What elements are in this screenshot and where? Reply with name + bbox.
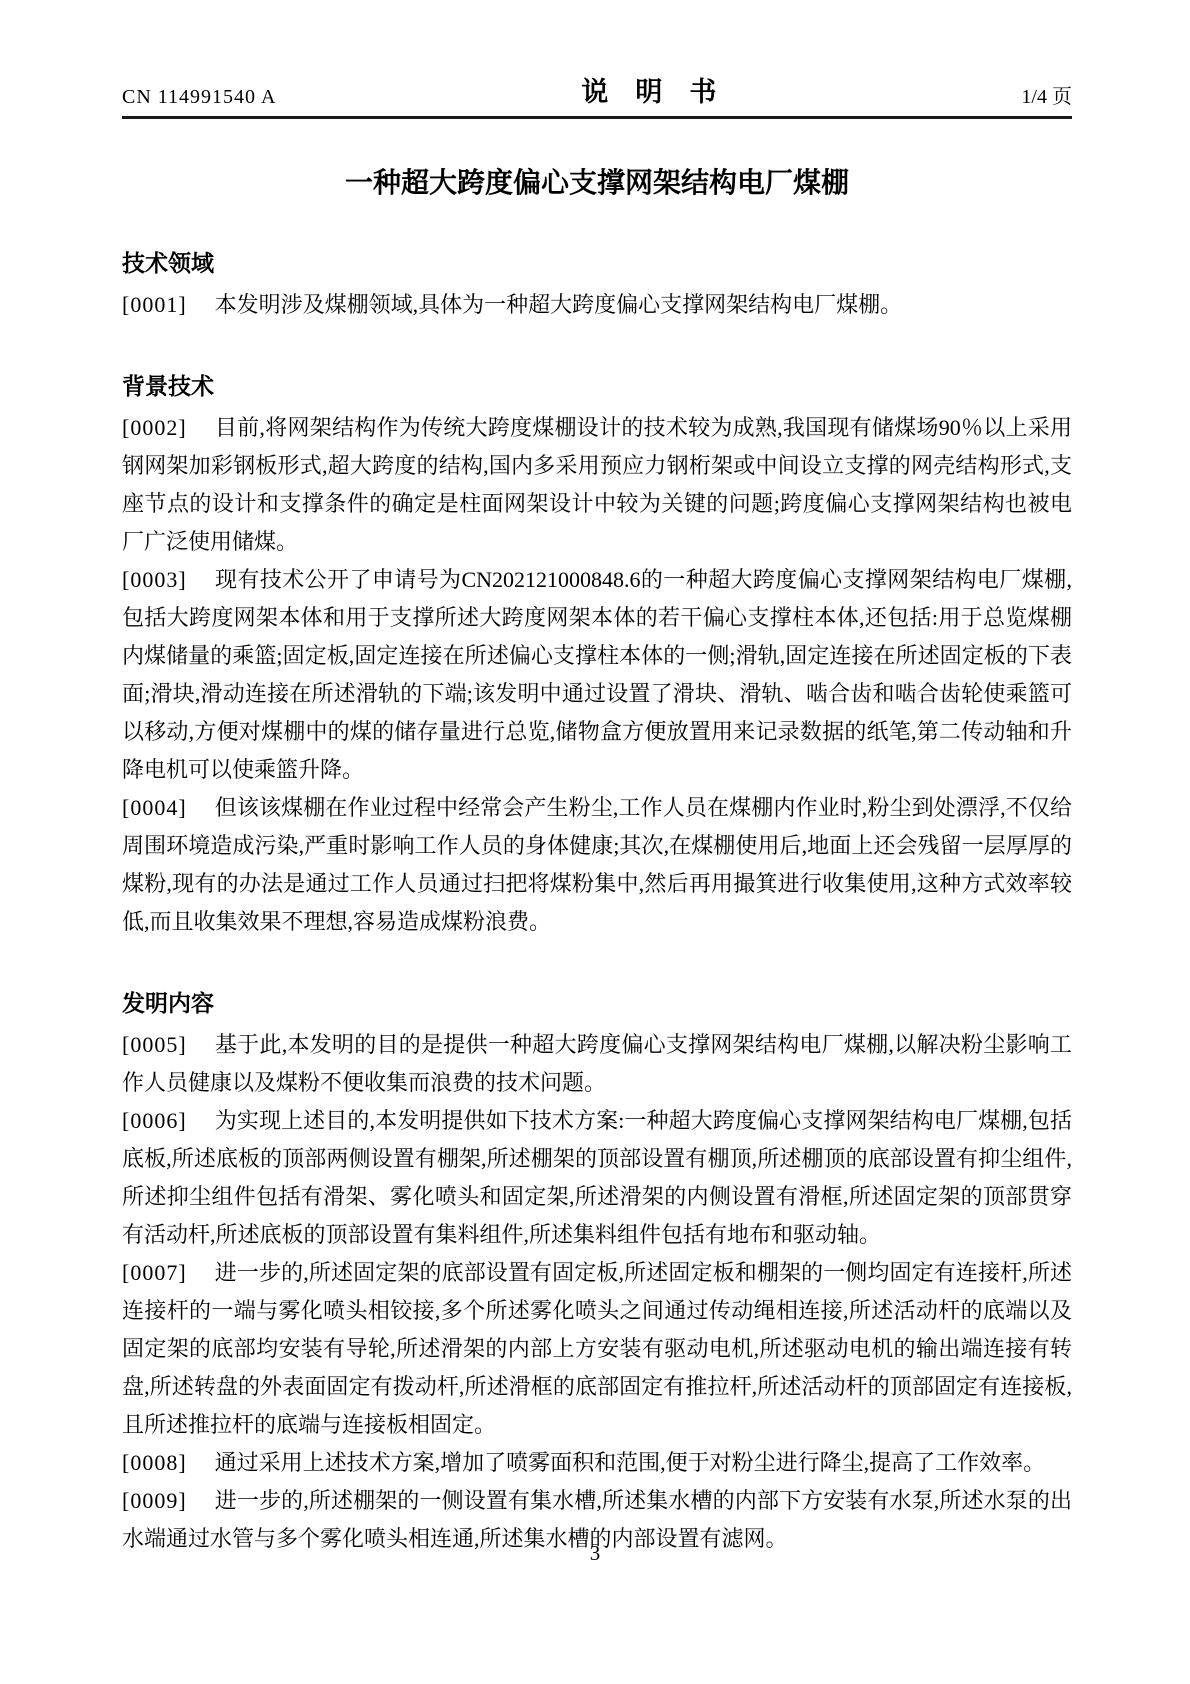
section-heading: 发明内容 xyxy=(122,985,1072,1018)
paragraph-text: 但该该煤棚在作业过程中经常会产生粉尘,工作人员在煤棚内作业时,粉尘到处漂浮,不仅… xyxy=(122,795,1072,934)
paragraph-text: 现有技术公开了申请号为CN202121000848.6的一种超大跨度偏心支撑网架… xyxy=(122,567,1072,782)
sheet-indicator: 1/4 页 xyxy=(1021,80,1072,109)
paragraph-text: 基于此,本发明的目的是提供一种超大跨度偏心支撑网架结构电厂煤棚,以解决粉尘影响工… xyxy=(122,1032,1072,1095)
page-header: CN 114991540 A 说 明 书 1/4 页 xyxy=(122,0,1072,119)
paragraph-0005: [0005]基于此,本发明的目的是提供一种超大跨度偏心支撑网架结构电厂煤棚,以解… xyxy=(122,1026,1072,1102)
paragraph-number: [0009] xyxy=(122,1482,187,1520)
paragraph-number: [0008] xyxy=(122,1444,187,1482)
section-heading: 技术领域 xyxy=(122,245,1072,278)
section-heading: 背景技术 xyxy=(122,368,1072,401)
paragraph-number: [0001] xyxy=(122,286,187,324)
paragraph-0004: [0004]但该该煤棚在作业过程中经常会产生粉尘,工作人员在煤棚内作业时,粉尘到… xyxy=(122,789,1072,941)
paragraph-number: [0007] xyxy=(122,1254,187,1292)
paragraph-number: [0002] xyxy=(122,409,187,447)
paragraph-text: 通过采用上述技术方案,增加了喷雾面积和范围,便于对粉尘进行降尘,提高了工作效率。 xyxy=(215,1450,1046,1475)
page-content: CN 114991540 A 说 明 书 1/4 页 一种超大跨度偏心支撑网架结… xyxy=(0,0,1190,1558)
paragraph-0001: [0001]本发明涉及煤棚领域,具体为一种超大跨度偏心支撑网架结构电厂煤棚。 xyxy=(122,286,1072,324)
patent-specification-page: CN 114991540 A 说 明 书 1/4 页 一种超大跨度偏心支撑网架结… xyxy=(0,0,1190,1684)
paragraph-0002: [0002]目前,将网架结构作为传统大跨度煤棚设计的技术较为成熟,我国现有储煤场… xyxy=(122,409,1072,561)
paragraph-0003: [0003]现有技术公开了申请号为CN202121000848.6的一种超大跨度… xyxy=(122,561,1072,789)
paragraph-number: [0004] xyxy=(122,789,187,827)
section-summary-of-invention: 发明内容 [0005]基于此,本发明的目的是提供一种超大跨度偏心支撑网架结构电厂… xyxy=(122,985,1072,1558)
document-type-title: 说 明 书 xyxy=(581,70,716,109)
page-number: 3 xyxy=(0,1541,1190,1566)
paragraph-number: [0005] xyxy=(122,1026,187,1064)
section-technical-field: 技术领域 [0001]本发明涉及煤棚领域,具体为一种超大跨度偏心支撑网架结构电厂… xyxy=(122,245,1072,324)
paragraph-0006: [0006]为实现上述目的,本发明提供如下技术方案:一种超大跨度偏心支撑网架结构… xyxy=(122,1102,1072,1254)
paragraph-text: 本发明涉及煤棚领域,具体为一种超大跨度偏心支撑网架结构电厂煤棚。 xyxy=(215,292,903,317)
paragraph-number: [0006] xyxy=(122,1102,187,1140)
paragraph-number: [0003] xyxy=(122,561,187,599)
paragraph-text: 为实现上述目的,本发明提供如下技术方案:一种超大跨度偏心支撑网架结构电厂煤棚,包… xyxy=(122,1108,1072,1247)
paragraph-0007: [0007]进一步的,所述固定架的底部设置有固定板,所述固定板和棚架的一侧均固定… xyxy=(122,1254,1072,1444)
paragraph-text: 进一步的,所述固定架的底部设置有固定板,所述固定板和棚架的一侧均固定有连接杆,所… xyxy=(122,1260,1072,1437)
publication-number: CN 114991540 A xyxy=(122,86,276,109)
invention-title: 一种超大跨度偏心支撑网架结构电厂煤棚 xyxy=(122,161,1072,201)
section-background-art: 背景技术 [0002]目前,将网架结构作为传统大跨度煤棚设计的技术较为成熟,我国… xyxy=(122,368,1072,941)
paragraph-text: 目前,将网架结构作为传统大跨度煤棚设计的技术较为成熟,我国现有储煤场90％以上采… xyxy=(122,415,1072,554)
paragraph-0008: [0008]通过采用上述技术方案,增加了喷雾面积和范围,便于对粉尘进行降尘,提高… xyxy=(122,1444,1072,1482)
